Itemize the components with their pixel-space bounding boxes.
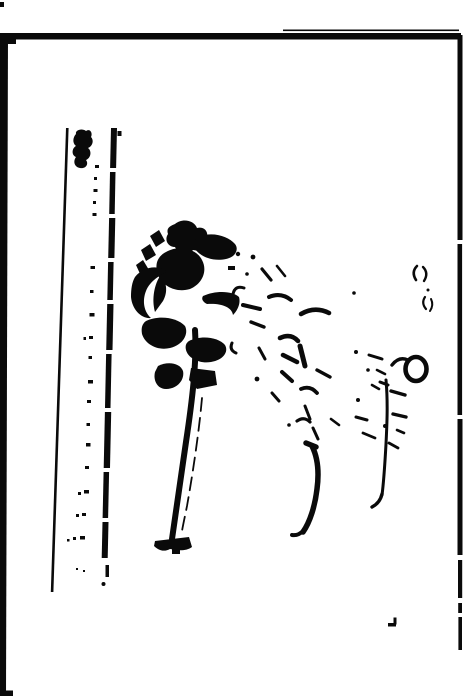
plant-specimen-medium <box>231 255 339 536</box>
specimen-photograph <box>0 0 474 696</box>
plant-specimen-large <box>131 221 240 554</box>
plant-specimen-small <box>352 266 432 507</box>
ruler <box>51 128 122 592</box>
figure-photo <box>0 0 474 696</box>
